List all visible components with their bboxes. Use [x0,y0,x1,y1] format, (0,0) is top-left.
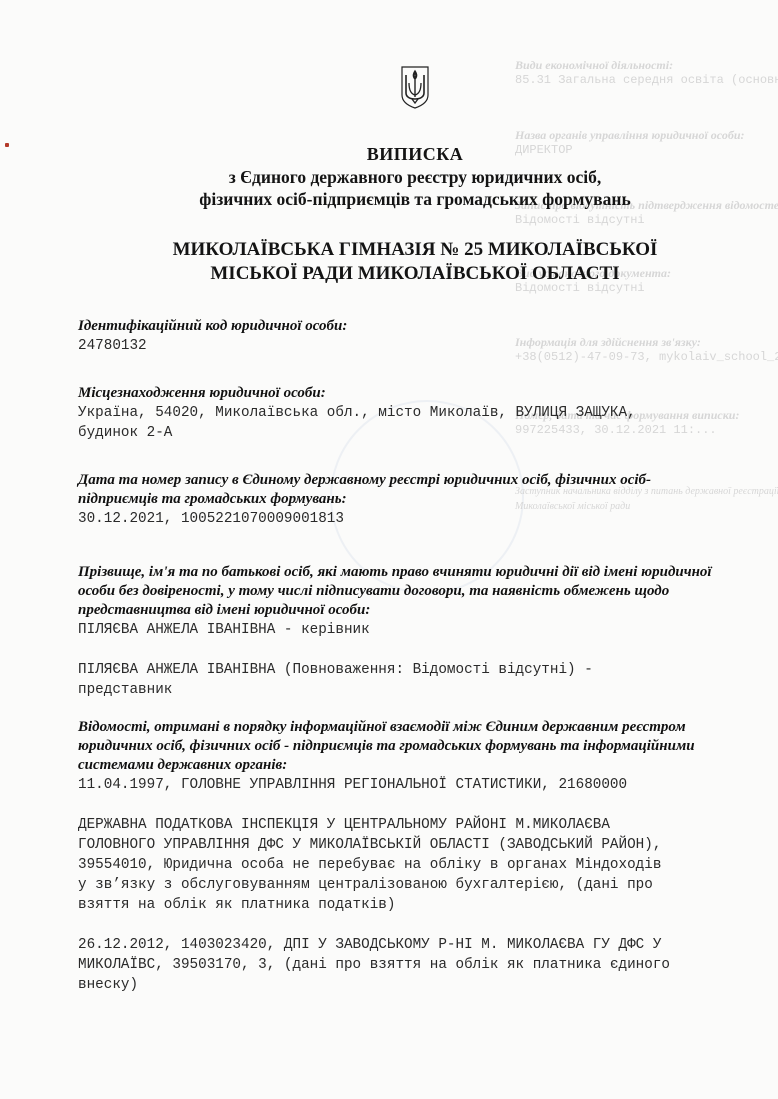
section-label: Прізвище, ім'я та по батькові осіб, які … [78,563,758,620]
subtitle-line: фізичних осіб-підприємців та громадських… [100,188,730,210]
state-body-record: 26.12.2012, 1403023420, ДПІ У ЗАВОДСЬКОМ… [78,935,758,995]
organization-name: МИКОЛАЇВСЬКА ГІМНАЗІЯ № 25 МИКОЛАЇВСЬКОЇ… [100,238,730,286]
document-subtitle: з Єдиного державного реєстру юридичних о… [100,166,730,210]
ghost-label: Назва органів управління юридичної особи… [515,128,744,143]
state-body-record: 11.04.1997, ГОЛОВНЕ УПРАВЛІННЯ РЕГІОНАЛЬ… [78,775,758,795]
ghost-value: Відомості відсутні [515,213,778,228]
section-label: Ідентифікаційний код юридичної особи: [78,317,758,336]
document-title: ВИПИСКА [100,143,730,165]
coat-of-arms-icon [400,65,430,109]
identification-code-value: 24780132 [78,336,758,356]
section-state-bodies-info: Відомості, отримані в порядку інформацій… [78,718,758,995]
margin-mark [5,143,9,147]
section-authorized-persons: Прізвище, ім'я та по батькові осіб, які … [78,563,758,700]
ghost-text-block: Види економічної діяльності: 85.31 Загал… [515,58,778,88]
ghost-label: Види економічної діяльності: [515,58,778,73]
section-label: Дата та номер запису в Єдиному державном… [78,471,758,509]
authorized-person-value: ПІЛЯЄВА АНЖЕЛА ІВАНІВНА - керівник [78,620,758,640]
section-label: Місцезнаходження юридичної особи: [78,384,758,403]
state-body-record: ДЕРЖАВНА ПОДАТКОВА ІНСПЕКЦІЯ У ЦЕНТРАЛЬН… [78,815,758,915]
location-value: Україна, 54020, Миколаївська обл., місто… [78,403,758,443]
registration-record-value: 30.12.2021, 1005221070009001813 [78,509,758,529]
section-registration-record: Дата та номер запису в Єдиному державном… [78,471,758,529]
subtitle-line: з Єдиного державного реєстру юридичних о… [100,166,730,188]
section-location: Місцезнаходження юридичної особи: Україн… [78,384,758,443]
organization-line: МИКОЛАЇВСЬКА ГІМНАЗІЯ № 25 МИКОЛАЇВСЬКОЇ [100,238,730,262]
authorized-person-value: ПІЛЯЄВА АНЖЕЛА ІВАНІВНА (Повноваження: В… [78,660,758,700]
document-page: Види економічної діяльності: 85.31 Загал… [0,0,778,1099]
organization-line: МІСЬКОЇ РАДИ МИКОЛАЇВСЬКОЇ ОБЛАСТІ [100,262,730,286]
section-label: Відомості, отримані в порядку інформацій… [78,718,758,775]
section-identification-code: Ідентифікаційний код юридичної особи: 24… [78,317,758,356]
ghost-value: 85.31 Загальна середня освіта (основний) [515,73,778,88]
